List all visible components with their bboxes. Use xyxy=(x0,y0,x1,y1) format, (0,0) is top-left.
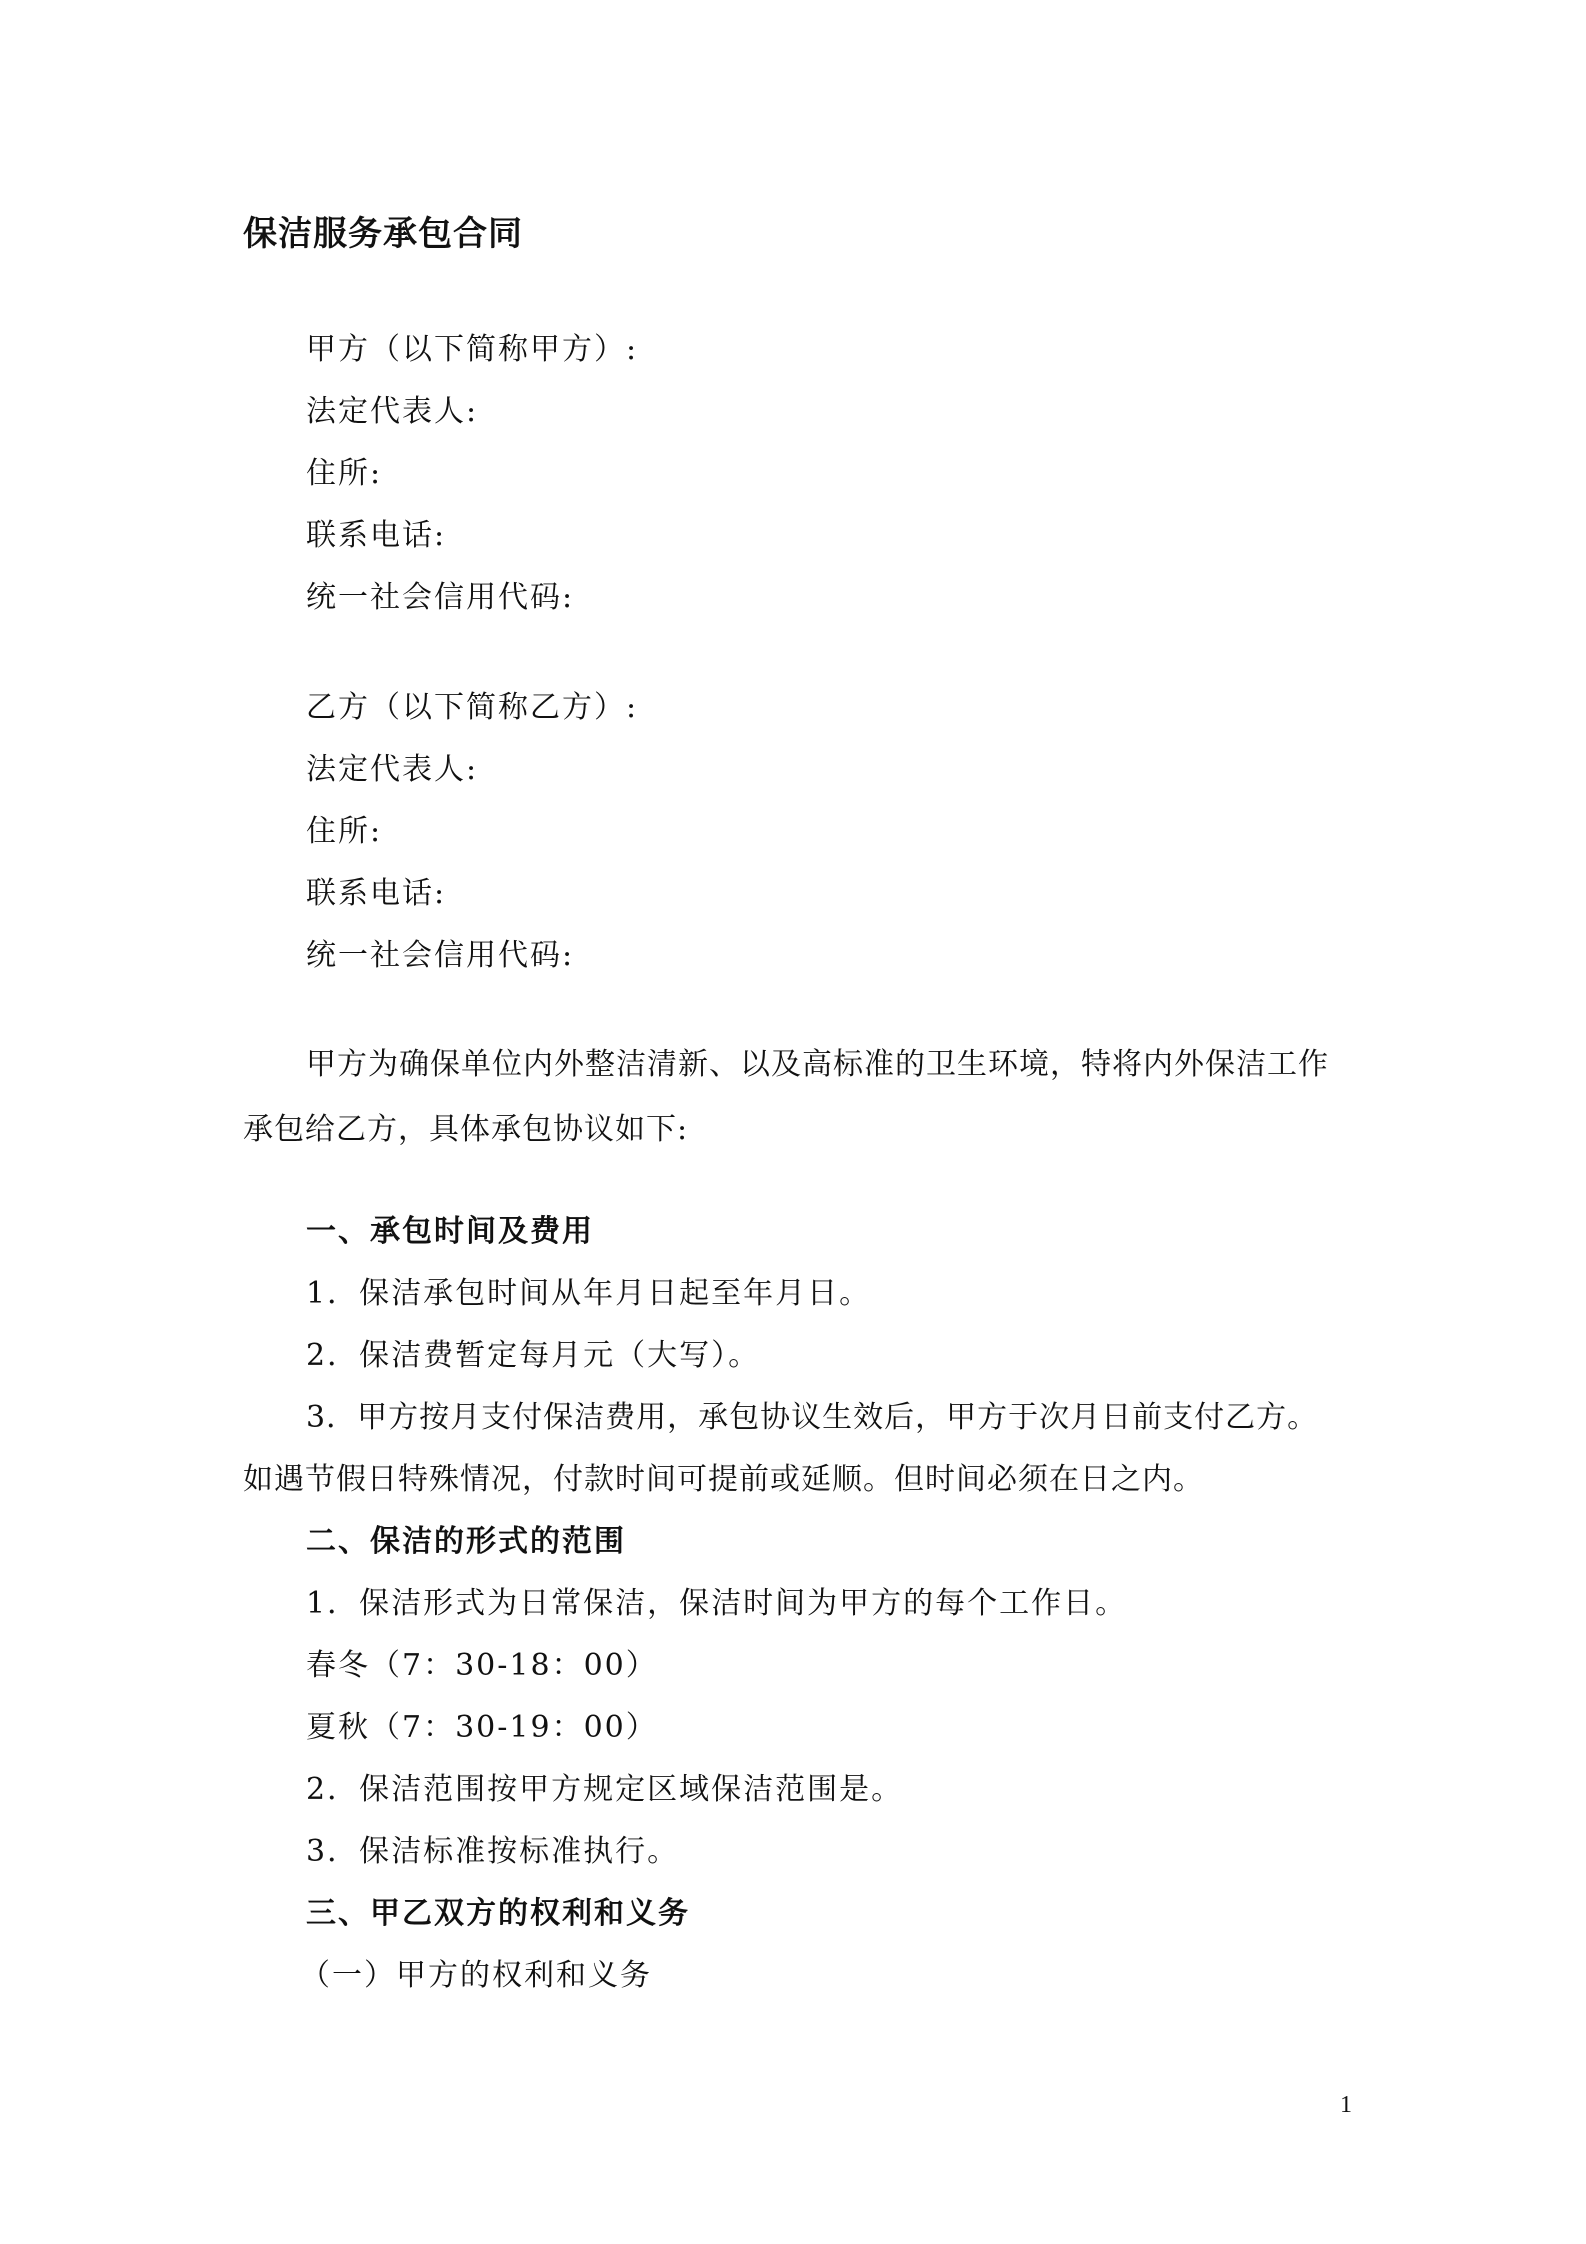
section-2-heading: 二、保洁的形式的范围 xyxy=(306,1522,626,1562)
party-a-phone-label: 联系电话: xyxy=(306,516,446,556)
party-b-credit-code-label: 统一社会信用代码: xyxy=(306,936,574,976)
section-3-heading: 三、甲乙双方的权利和义务 xyxy=(306,1894,690,1934)
section-1-item-2: 2．保洁费暂定每月元（大写）。 xyxy=(306,1336,760,1376)
section-1-continuation: 如遇节假日特殊情况，付款时间可提前或延顺。但时间必须在日之内。 xyxy=(243,1460,1204,1500)
preamble-line-1: 甲方为确保单位内外整洁清新、以及高标准的卫生环境，特将内外保洁工作 xyxy=(306,1045,1329,1085)
section-1-item-1: 1．保洁承包时间从年月日起至年月日。 xyxy=(306,1274,871,1314)
section-1-heading: 一、承包时间及费用 xyxy=(306,1212,594,1252)
section-3-subheading: （一）甲方的权利和义务 xyxy=(300,1956,652,1996)
section-2-item-3: 3．保洁标准按标准执行。 xyxy=(306,1832,679,1872)
party-b-address-label: 住所: xyxy=(306,812,382,852)
party-b-legal-rep-label: 法定代表人: xyxy=(306,750,478,790)
section-2-item-1: 1．保洁形式为日常保洁，保洁时间为甲方的每个工作日。 xyxy=(306,1584,1127,1624)
party-a-credit-code-label: 统一社会信用代码: xyxy=(306,578,574,618)
preamble-line-2: 承包给乙方，具体承包协议如下: xyxy=(243,1110,688,1150)
party-a-name-label: 甲方（以下简称甲方）: xyxy=(306,330,638,370)
document-title: 保洁服务承包合同 xyxy=(243,212,523,256)
document-page: 保洁服务承包合同 甲方（以下简称甲方）: 法定代表人: 住所: 联系电话: 统一… xyxy=(0,0,1586,2244)
party-b-name-label: 乙方（以下简称乙方）: xyxy=(306,688,638,728)
page-number: 1 xyxy=(1340,2090,1352,2120)
party-a-legal-rep-label: 法定代表人: xyxy=(306,392,478,432)
party-a-address-label: 住所: xyxy=(306,454,382,494)
section-2-item-2: 2．保洁范围按甲方规定区域保洁范围是。 xyxy=(306,1770,903,1810)
party-b-phone-label: 联系电话: xyxy=(306,874,446,914)
section-2-schedule-spring-winter: 春冬（7：30-18：00） xyxy=(306,1646,658,1686)
section-1-item-3: 3．甲方按月支付保洁费用，承包协议生效后，甲方于次月日前支付乙方。 xyxy=(306,1398,1318,1438)
section-2-schedule-summer-autumn: 夏秋（7：30-19：00） xyxy=(306,1708,658,1748)
